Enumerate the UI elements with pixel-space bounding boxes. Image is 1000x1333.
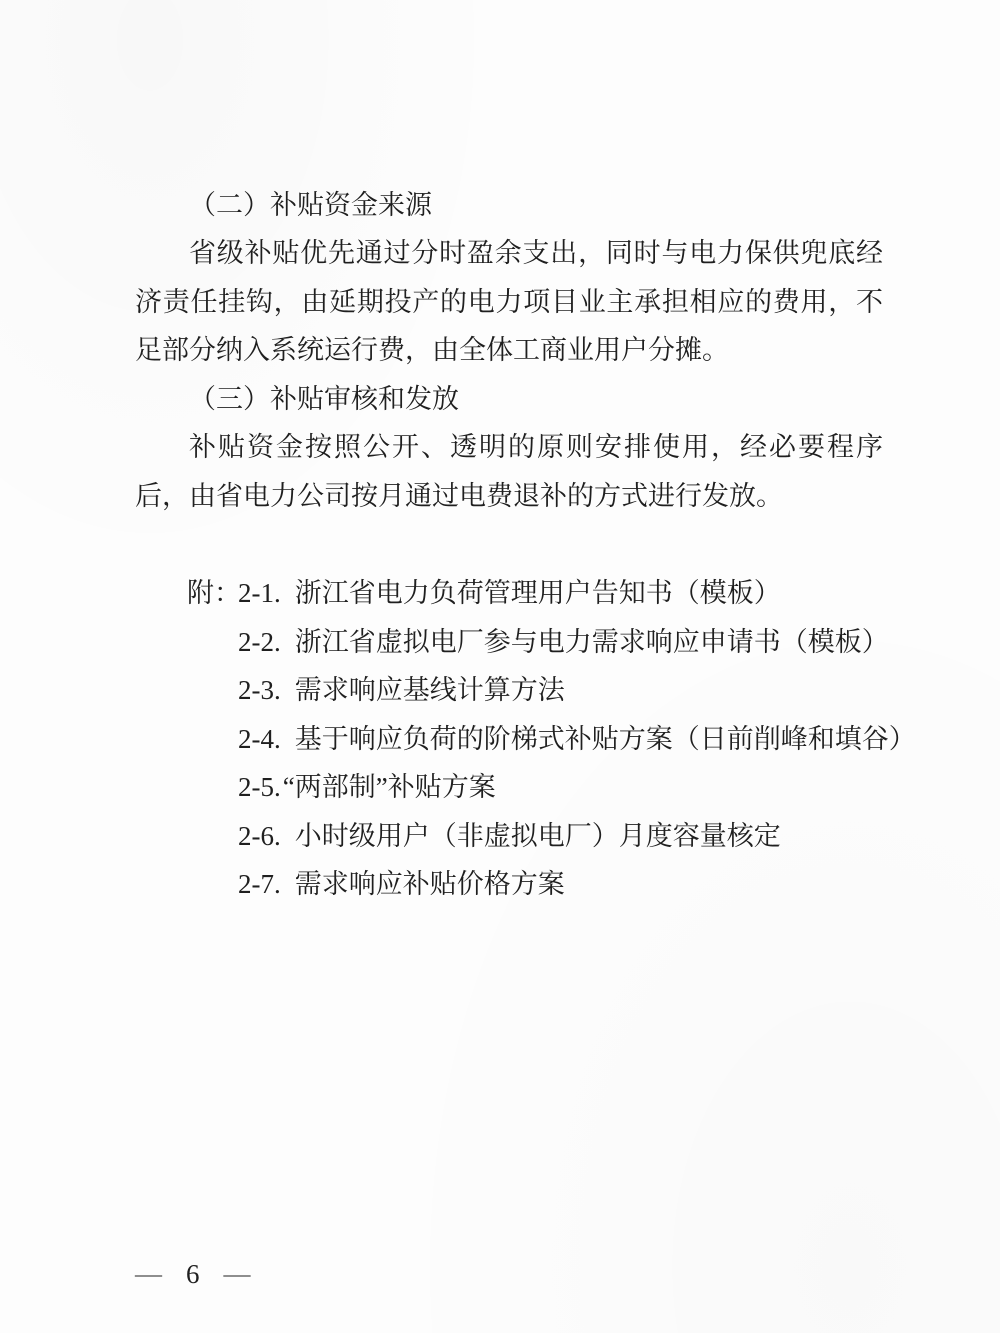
- attachment-item: 2-3.需求响应基线计算方法: [135, 666, 925, 715]
- attachment-item: 2-6.小时级用户（非虚拟电厂）月度容量核定: [135, 812, 925, 861]
- attachment-title: 小时级用户（非虚拟电厂）月度容量核定: [295, 821, 781, 851]
- footer-dash-right: —: [224, 1258, 251, 1290]
- attachment-item: 附：2-1.浙江省电力负荷管理用户告知书（模板）: [135, 569, 925, 618]
- section-heading-review-disbursement: （三）补贴审核和发放: [135, 375, 883, 424]
- footer-dash-left: —: [135, 1258, 162, 1290]
- page-number: 6: [186, 1254, 200, 1294]
- document-page: （二）补贴资金来源 省级补贴优先通过分时盈余支出，同时与电力保供兜底经济责任挂钩…: [0, 0, 1000, 1333]
- attachment-item: 2-4.基于响应负荷的阶梯式补贴方案（日前削峰和填谷）: [135, 715, 925, 764]
- attachment-title: 需求响应补贴价格方案: [295, 869, 565, 899]
- attachment-number: 2-2.: [238, 618, 281, 667]
- attachment-item: 2-5.“两部制”补贴方案: [135, 763, 925, 812]
- attachment-number: 2-1.: [238, 569, 281, 618]
- attachment-item: 2-2.浙江省虚拟电厂参与电力需求响应申请书（模板）: [135, 618, 925, 667]
- attachment-item: 2-7.需求响应补贴价格方案: [135, 860, 925, 909]
- attachment-title: 需求响应基线计算方法: [295, 675, 565, 705]
- attachments-list: 附：2-1.浙江省电力负荷管理用户告知书（模板） 2-2.浙江省虚拟电厂参与电力…: [135, 569, 925, 909]
- attachment-title: 基于响应负荷的阶梯式补贴方案（日前削峰和填谷）: [295, 724, 916, 754]
- attachment-number: 2-4.: [238, 715, 281, 764]
- attachment-number: 2-7.: [238, 860, 281, 909]
- attachments-label: 附：: [187, 569, 238, 618]
- attachment-number: 2-6.: [238, 812, 281, 861]
- paragraph-funding-source: 省级补贴优先通过分时盈余支出，同时与电力保供兜底经济责任挂钩，由延期投产的电力项…: [135, 229, 883, 375]
- paragraph-review-disbursement: 补贴资金按照公开、透明的原则安排使用，经必要程序后，由省电力公司按月通过电费退补…: [135, 423, 883, 520]
- section-heading-funding-source: （二）补贴资金来源: [135, 181, 883, 230]
- attachment-number: 2-5.: [238, 763, 281, 812]
- attachment-title: 浙江省电力负荷管理用户告知书（模板）: [295, 578, 781, 608]
- page-footer: — 6 —: [135, 1254, 251, 1294]
- attachment-title: “两部制”补贴方案: [283, 772, 496, 802]
- attachment-title: 浙江省虚拟电厂参与电力需求响应申请书（模板）: [295, 627, 889, 657]
- attachment-number: 2-3.: [238, 666, 281, 715]
